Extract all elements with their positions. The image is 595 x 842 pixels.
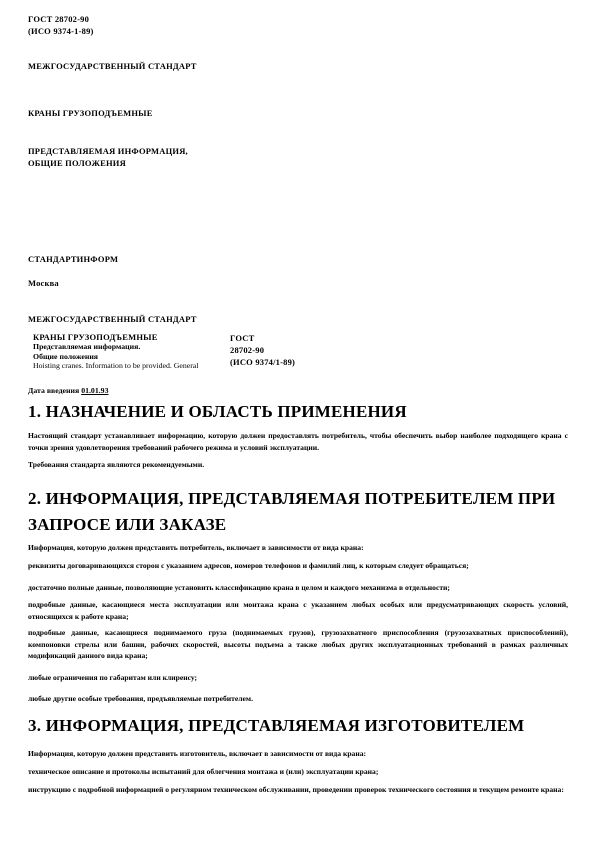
iso-code: (ИСО 9374-1-89) <box>28 25 94 37</box>
title-block-code: ГОСТ 28702-90 (ИСО 9374/1-89) <box>230 332 295 371</box>
title-block-code-line2: 28702-90 <box>230 344 295 356</box>
section-2-paragraph-2: реквизиты договаривающихся сторон с указ… <box>28 560 469 572</box>
section-2-paragraph-6: любые ограничения по габаритам или клире… <box>28 672 197 684</box>
section-2-paragraph-4: подробные данные, касающиеся места экспл… <box>28 599 568 622</box>
standard-type-label: МЕЖГОСУДАРСТВЕННЫЙ СТАНДАРТ <box>28 60 197 72</box>
gost-code: ГОСТ 28702-90 <box>28 13 94 25</box>
doc-subtitle-block: ПРЕДСТАВЛЯЕМАЯ ИНФОРМАЦИЯ, ОБЩИЕ ПОЛОЖЕН… <box>28 145 188 169</box>
doc-title: КРАНЫ ГРУЗОПОДЪЕМНЫЕ <box>28 107 153 119</box>
section-2-paragraph-3: достаточно полные данные, позволяющие ус… <box>28 582 450 594</box>
section-3-paragraph-3: инструкцию с подробной информацией о рег… <box>28 784 568 796</box>
document-page: ГОСТ 28702-90 (ИСО 9374-1-89) МЕЖГОСУДАР… <box>0 0 595 842</box>
title-block-code-line3: (ИСО 9374/1-89) <box>230 356 295 368</box>
section-2-paragraph-1: Информация, которую должен представить п… <box>28 542 364 554</box>
section-1-paragraph-2: Требования стандарта являются рекомендуе… <box>28 459 204 471</box>
section-3-paragraph-1: Информация, которую должен представить и… <box>28 748 366 760</box>
doc-code-block: ГОСТ 28702-90 (ИСО 9374-1-89) <box>28 13 94 37</box>
section-3-heading: 3. ИНФОРМАЦИЯ, ПРЕДСТАВЛЯЕМАЯ ИЗГОТОВИТЕ… <box>28 713 576 739</box>
section-1-heading: 1. НАЗНАЧЕНИЕ И ОБЛАСТЬ ПРИМЕНЕНИЯ <box>28 399 576 425</box>
section-2-paragraph-5: подробные данные, касающиеся поднимаемог… <box>28 627 568 662</box>
doc-subtitle-line1: ПРЕДСТАВЛЯЕМАЯ ИНФОРМАЦИЯ, <box>28 145 188 157</box>
publisher: СТАНДАРТИНФОРМ <box>28 253 118 265</box>
title-block-ru-sub2: Общие положения <box>33 352 230 362</box>
title-block-en-title: Hoisting cranes. Information to be provi… <box>33 361 230 371</box>
effective-date-value: 01.01.93 <box>81 386 108 395</box>
effective-date-label: Дата введения <box>28 386 79 395</box>
title-block-ru-title: КРАНЫ ГРУЗОПОДЪЕМНЫЕ <box>33 332 230 342</box>
title-block-code-line1: ГОСТ <box>230 332 295 344</box>
publisher-city: Москва <box>28 277 59 289</box>
section-3-paragraph-2: техническое описание и протоколы испытан… <box>28 766 378 778</box>
section-2-paragraph-7: любые другие особые требования, предъявл… <box>28 693 253 705</box>
standard-type-label-2: МЕЖГОСУДАРСТВЕННЫЙ СТАНДАРТ <box>28 313 197 325</box>
doc-subtitle-line2: ОБЩИЕ ПОЛОЖЕНИЯ <box>28 157 188 169</box>
section-1-paragraph-1: Настоящий стандарт устанавливает информа… <box>28 430 568 453</box>
title-block-table: КРАНЫ ГРУЗОПОДЪЕМНЫЕ Представляемая инфо… <box>33 332 295 371</box>
effective-date-line: Дата введения 01.01.93 <box>28 386 108 395</box>
section-2-heading: 2. ИНФОРМАЦИЯ, ПРЕДСТАВЛЯЕМАЯ ПОТРЕБИТЕЛ… <box>28 486 576 538</box>
title-block-ru-sub1: Представляемая информация. <box>33 342 230 352</box>
title-block-names: КРАНЫ ГРУЗОПОДЪЕМНЫЕ Представляемая инфо… <box>33 332 230 371</box>
